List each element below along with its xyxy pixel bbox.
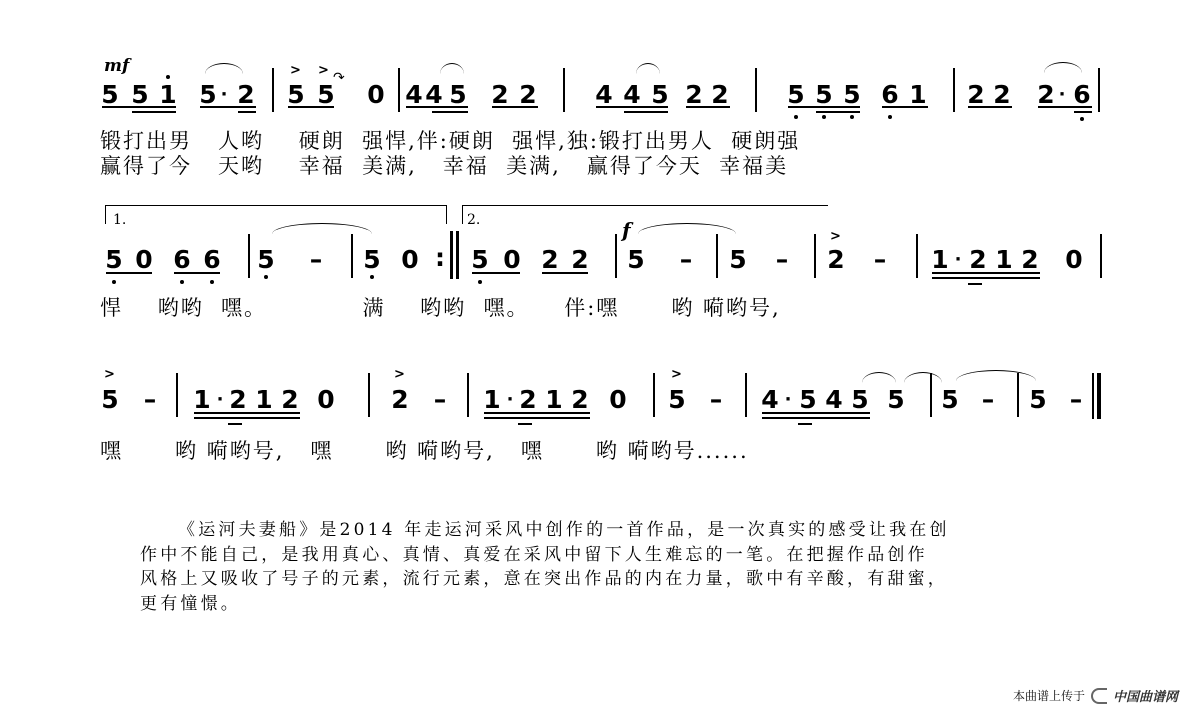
note: 0 [366,82,386,107]
note: 5 [100,387,120,412]
note: 4 [824,387,844,412]
sustain-dash: – [306,247,326,272]
lyrics: 嘿 哟 嗬哟号, 嘿 哟 嗬哟号, 嘿 哟 嗬哟号...... [100,440,749,462]
bar-line [1098,68,1100,112]
note: 2 [280,387,300,412]
sustain-dash: – [706,387,726,412]
underline [194,417,300,419]
double-bar-line [450,231,453,279]
note: 1 [192,387,212,412]
note: 1 [254,387,274,412]
low-octave-dot [180,280,184,284]
final-bar-line [1092,373,1094,419]
note: 5 [814,82,834,107]
final-bar-line [1097,373,1101,419]
underline [798,423,812,425]
sustain-dash: – [1066,387,1086,412]
underline [102,106,176,108]
note: 5 [104,247,124,272]
underline [932,277,1040,279]
underline [518,423,532,425]
lyrics-verse-2: 赢得了今 天哟 幸福 美满, 幸福 美满, 赢得了今天 幸福美 [100,155,788,177]
underline [686,106,730,108]
note: 1 [930,247,950,272]
underline [542,272,588,274]
note: 5 [362,247,382,272]
low-octave-dot [794,115,798,119]
sustain-dash: – [676,247,696,272]
note: 5 [940,387,960,412]
note: 0 [134,247,154,272]
note: 6 [172,247,192,272]
sustain-dash: – [140,387,160,412]
underline [174,272,220,274]
bar-line [653,373,655,417]
bar-line [814,234,816,278]
lyrics-verse-1: 锻打出男 人哟 硬朗 强悍,伴:硬朗 强悍,独:锻打出男人 硬朗强 [100,130,800,152]
volta-1-label: 1. [113,212,126,228]
note: 4 [622,82,642,107]
slur [904,372,942,383]
note: 6 [1072,82,1092,107]
accent-mark: > [671,368,682,381]
underline [432,111,468,113]
description-line: 《运河夫妻船》是2014 年走运河采风中创作的一首作品，是一次真实的感受让我在创 [140,518,1080,543]
note: 4 [760,387,780,412]
note: 2 [992,82,1012,107]
underline [882,106,928,108]
note: 4 [424,82,444,107]
bar-line [716,234,718,278]
dot-extension: · [778,387,798,412]
bar-line [368,373,370,417]
underline [194,412,300,414]
low-octave-dot [264,275,268,279]
underline [1074,111,1092,113]
note: 2 [228,387,248,412]
underline [968,283,982,285]
bar-line [248,234,250,278]
bar-line [615,234,617,278]
bar-line [755,68,757,112]
accent-mark: > [104,368,115,381]
note: 5 [886,387,906,412]
slur [862,372,896,383]
underline [492,106,538,108]
note: 6 [880,82,900,107]
note: 0 [502,247,522,272]
bar-line [1100,234,1102,278]
note: 5 [667,387,687,412]
song-description: 《运河夫妻船》是2014 年走运河采风中创作的一首作品，是一次真实的感受让我在创… [140,518,1080,616]
underline [624,111,668,113]
sustain-dash: – [870,247,890,272]
low-octave-dot [888,115,892,119]
description-line: 更有憧憬。 [140,592,1080,617]
underline [406,106,468,108]
volta-2-label: 2. [467,212,480,228]
underline [238,111,256,113]
glissando-arrow-icon: ↷ [333,70,345,86]
sustain-dash: – [772,247,792,272]
note: 4 [404,82,424,107]
bar-line [272,68,274,112]
note: 2 [710,82,730,107]
dynamic-f: f [622,218,631,242]
bar-line [745,373,747,417]
dot-extension: · [500,387,520,412]
note: 5 [842,82,862,107]
dot-extension: · [948,247,968,272]
site-name[interactable]: 中国曲谱网 [1113,686,1178,705]
note: 2 [540,247,560,272]
low-octave-dot [822,115,826,119]
double-bar-line [456,231,459,279]
bar-line [916,234,918,278]
note: 2 [966,82,986,107]
underline [228,423,242,425]
note: 0 [608,387,628,412]
slur [638,223,736,234]
underline [484,412,590,414]
underline [1038,106,1092,108]
note: 5 [786,82,806,107]
lyrics: 悍 哟哟 嘿。 满 哟哟 嘿。 伴:嘿 哟 嗬哟号, [100,297,781,319]
low-octave-dot [370,275,374,279]
low-octave-dot [850,115,854,119]
volta-1-bracket [105,205,447,224]
low-octave-dot [210,280,214,284]
note: 5 [626,247,646,272]
footer: 本曲谱上传于 中国曲谱网 [1013,686,1178,705]
bar-line [953,68,955,112]
repeat-sign: : [430,245,450,270]
underline [472,272,520,274]
note: 5 [448,82,468,107]
bar-line [351,234,353,278]
underline [762,417,870,419]
note: 2 [684,82,704,107]
note: 1 [482,387,502,412]
accent-mark: > [290,64,301,77]
underline [200,106,256,108]
low-octave-dot [1080,117,1084,121]
note: 5 [470,247,490,272]
slur [956,370,1036,381]
underline [596,106,668,108]
note: 5 [286,82,306,107]
note: 1 [994,247,1014,272]
note: 2 [518,387,538,412]
underline [968,106,1012,108]
underline [932,272,1040,274]
note: 2 [390,387,410,412]
slur [636,63,660,74]
dot-extension: · [214,82,234,107]
note: 2 [236,82,256,107]
note: 2 [518,82,538,107]
note: 5 [728,247,748,272]
site-logo-icon [1091,688,1107,704]
dynamic-mf: mf [104,56,129,76]
note: 5 [256,247,276,272]
note: 0 [400,247,420,272]
slur [1044,62,1082,73]
note: 1 [544,387,564,412]
note: 2 [570,247,590,272]
note: 2 [490,82,510,107]
bar-line [398,68,400,112]
note: 1 [908,82,928,107]
low-octave-dot [112,280,116,284]
accent-mark: > [830,230,841,243]
note: 5 [850,387,870,412]
note: 6 [202,247,222,272]
note: 5 [650,82,670,107]
underline [484,417,590,419]
high-octave-dot [166,75,170,79]
dot-extension: · [1052,82,1072,107]
underline [762,412,870,414]
note: 2 [570,387,590,412]
note: 2 [826,247,846,272]
accent-mark: > [394,368,405,381]
slur [440,63,464,74]
low-octave-dot [478,280,482,284]
note: 2 [1020,247,1040,272]
note: 4 [594,82,614,107]
note: 5 [798,387,818,412]
note: 5 [100,82,120,107]
slur [205,63,243,74]
note: 2 [968,247,988,272]
underline [288,106,334,108]
accent-mark: > [318,64,329,77]
underline [788,106,860,108]
note: 5 [1028,387,1048,412]
bar-line [467,373,469,417]
slur [272,223,372,234]
underline [816,111,860,113]
underline [106,272,152,274]
bar-line [176,373,178,417]
description-line: 风格上又吸收了号子的元素，流行元素，意在突出作品的内在力量，歌中有辛酸，有甜蜜， [140,567,1080,592]
sustain-dash: – [978,387,998,412]
note: 1 [158,82,178,107]
description-line: 作中不能自己，是我用真心、真情、真爱在采风中留下人生难忘的一笔。在把握作品创作 [140,543,1080,568]
upload-text: 本曲谱上传于 [1013,687,1085,704]
note: 5 [130,82,150,107]
note: 0 [1064,247,1084,272]
underline [132,111,176,113]
bar-line [563,68,565,112]
sustain-dash: – [430,387,450,412]
note: 0 [316,387,336,412]
volta-2-bracket [462,205,828,224]
dot-extension: · [210,387,230,412]
